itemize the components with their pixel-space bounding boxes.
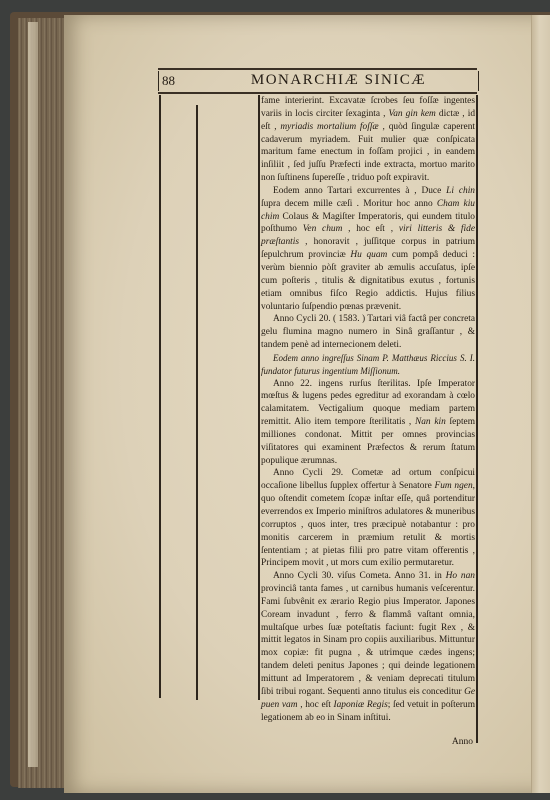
paragraph: Anno Cycli 20. ( 1583. ) Tartari viâ fac… (261, 313, 475, 352)
text-run: Anno Cycli 30. viſus Cometa. Anno 31. in (273, 571, 446, 581)
missionary-note: Eodem anno ingreſſus Sinam P. Matthæus R… (261, 352, 475, 378)
text-run: ſupra decem mille cæſi . Moritur hoc ann… (261, 199, 437, 209)
italic-term: Fum ngen (435, 481, 473, 491)
text-frame: 88 MONARCHIÆ SINICÆ fame interierint. Ex… (158, 65, 477, 695)
facing-page-edge (531, 15, 550, 793)
italic-term: Hu quam (350, 250, 387, 260)
page-number: 88 (162, 73, 175, 89)
italic-term: Ho nan (446, 571, 475, 581)
text-run: Eodem anno ingreſſus Sinam P. Matthæus R… (261, 353, 475, 376)
italic-term: Li chin (446, 186, 475, 196)
page-edges (18, 18, 64, 788)
paragraph: fame interierint. Excavatæ ſcrobes ſeu f… (261, 95, 475, 185)
italic-term: Nan kin (415, 417, 446, 427)
text-run: Eodem anno Tartari excurrentes à , Duce (273, 186, 446, 196)
paragraph: Anno 22. ingens rurſus ſterilitas. Ipſe … (261, 378, 475, 468)
paragraph: Anno Cycli 29. Cometæ ad ortum conſpicui… (261, 467, 475, 570)
margin-rule-inner (258, 95, 260, 700)
italic-term: Ven chum (303, 224, 343, 234)
margin-rule-outer (159, 95, 161, 698)
paragraph: Anno Cycli 30. viſus Cometa. Anno 31. in… (261, 570, 475, 724)
text-run: , hoc eſt , (342, 224, 398, 234)
page-edges-highlight (28, 22, 38, 767)
margin-rule-right (476, 95, 478, 743)
main-text-column: fame interierint. Excavatæ ſcrobes ſeu f… (261, 95, 475, 724)
text-run: , hoc eſt (298, 700, 334, 710)
paragraph: Eodem anno Tartari excurrentes à , Duce … (261, 185, 475, 313)
italic-term: myriadis mortalium foſſæ (280, 122, 378, 132)
header-rule-top (158, 68, 477, 70)
italic-term: Van gin kem (389, 109, 436, 119)
catchword: Anno (452, 737, 473, 747)
margin-rule-middle (196, 105, 198, 700)
text-run: Anno Cycli 20. ( 1583. ) Tartari viâ fac… (261, 314, 475, 350)
running-title: MONARCHIÆ SINICÆ (199, 72, 478, 89)
text-run: , quo oſtendit cometem ſcopæ inſtar eſſe… (261, 481, 475, 568)
text-run: provinciâ tanta fames , ut carnibus huma… (261, 584, 475, 697)
italic-term: Iaponiæ Regis (334, 700, 388, 710)
header-rule-bottom (158, 92, 477, 94)
running-header: 88 MONARCHIÆ SINICÆ (158, 71, 479, 91)
